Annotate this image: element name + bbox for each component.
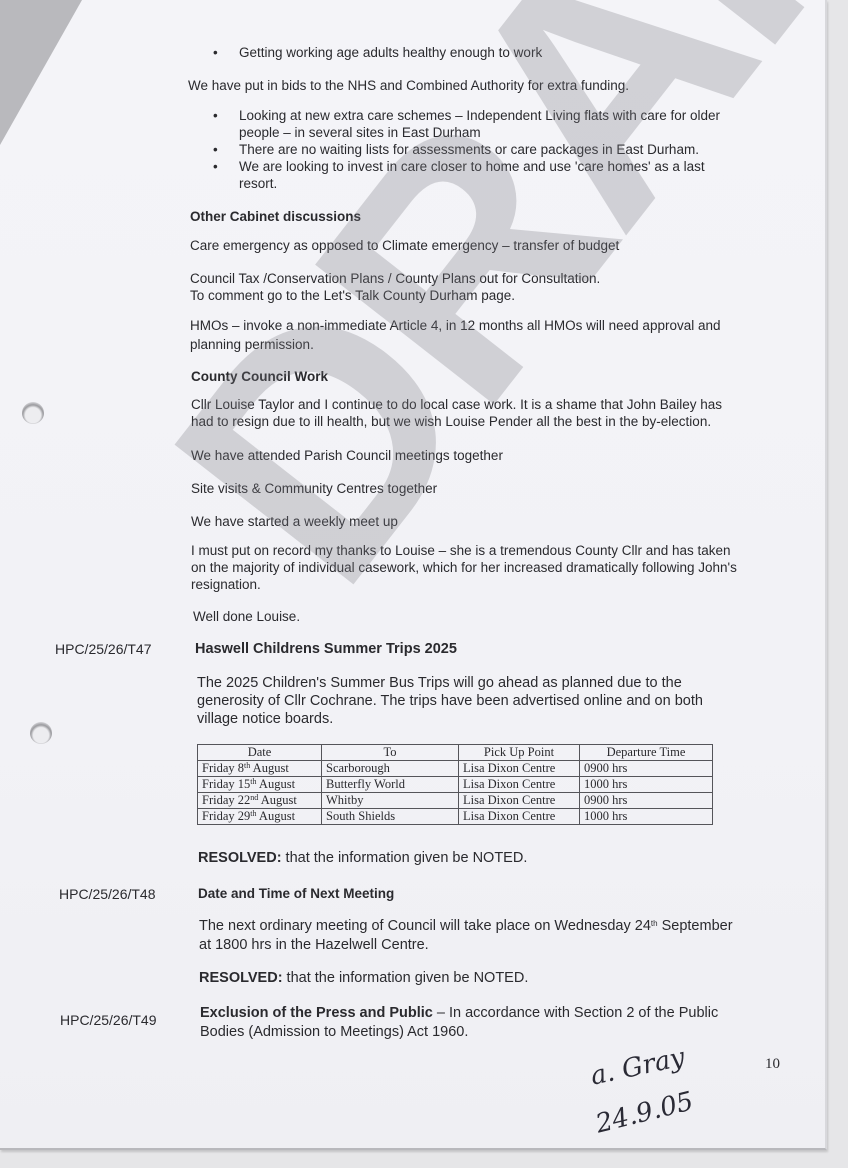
paragraph: Cllr Louise Taylor and I continue to do …	[191, 396, 722, 413]
table-row: Friday 15th AugustButterfly WorldLisa Di…	[198, 777, 713, 793]
cell-destination: Butterfly World	[322, 777, 459, 793]
section-heading: Other Cabinet discussions	[190, 208, 361, 225]
resolved-text: that the information given be NOTED.	[282, 850, 528, 866]
page-number: 10	[765, 1056, 780, 1073]
cell-pickup: Lisa Dixon Centre	[459, 761, 580, 777]
table-row: Friday 22nd AugustWhitbyLisa Dixon Centr…	[198, 793, 713, 809]
cell-time: 0900 hrs	[580, 793, 713, 809]
item-title: Date and Time of Next Meeting	[198, 885, 394, 902]
paragraph: Well done Louise.	[193, 608, 300, 625]
cell-destination: Whitby	[322, 793, 459, 809]
document-page: Getting working age adults healthy enoug…	[0, 0, 827, 1150]
col-header: Pick Up Point	[459, 745, 580, 761]
bullet-item-cont: people – in several sites in East Durham	[239, 124, 481, 141]
bullet-item: Getting working age adults healthy enoug…	[239, 44, 542, 61]
paragraph: HMOs – invoke a non-immediate Article 4,…	[190, 317, 721, 334]
item-title: Haswell Childrens Summer Trips 2025	[195, 640, 457, 658]
minute-ref: HPC/25/26/T47	[55, 641, 152, 657]
paragraph: The next ordinary meeting of Council wil…	[199, 917, 733, 935]
paragraph: Care emergency as opposed to Climate eme…	[190, 237, 619, 254]
paragraph: Bodies (Admission to Meetings) Act 1960.	[200, 1023, 468, 1041]
paragraph: on the majority of individual casework, …	[191, 559, 737, 576]
trips-table: Date To Pick Up Point Departure Time Fri…	[197, 744, 713, 825]
col-header: To	[322, 745, 459, 761]
handwritten-signature: a. Gray	[588, 1042, 688, 1091]
cell-time: 1000 hrs	[580, 777, 713, 793]
handwritten-date: 24.9.05	[593, 1086, 697, 1139]
minute-ref: HPC/25/26/T49	[60, 1012, 157, 1028]
paragraph: Council Tax /Conservation Plans / County…	[190, 270, 600, 287]
resolution: RESOLVED: that the information given be …	[199, 969, 528, 987]
paragraph: We have put in bids to the NHS and Combi…	[188, 77, 629, 94]
bullet-item: Looking at new extra care schemes – Inde…	[239, 107, 720, 124]
cell-time: 0900 hrs	[580, 761, 713, 777]
paragraph: Site visits & Community Centres together	[191, 480, 437, 497]
folded-corner	[0, 0, 82, 145]
punch-hole	[22, 402, 44, 424]
resolved-label: RESOLVED:	[199, 970, 283, 986]
cell-date: Friday 29th August	[198, 809, 322, 825]
bullet-item: We are looking to invest in care closer …	[239, 158, 705, 175]
cell-pickup: Lisa Dixon Centre	[459, 793, 580, 809]
cell-destination: South Shields	[322, 809, 459, 825]
resolved-label: RESOLVED:	[198, 850, 282, 866]
resolved-text: that the information given be NOTED.	[283, 970, 529, 986]
cell-pickup: Lisa Dixon Centre	[459, 809, 580, 825]
table-row: Friday 29th AugustSouth ShieldsLisa Dixo…	[198, 809, 713, 825]
paragraph: To comment go to the Let's Talk County D…	[190, 287, 515, 304]
cell-date: Friday 22nd August	[198, 793, 322, 809]
resolution: RESOLVED: that the information given be …	[198, 849, 527, 867]
paragraph: resignation.	[191, 576, 261, 593]
cell-time: 1000 hrs	[580, 809, 713, 825]
paragraph: generosity of Cllr Cochrane. The trips h…	[197, 692, 703, 710]
section-heading: County Council Work	[191, 368, 328, 385]
col-header: Departure Time	[580, 745, 713, 761]
paragraph: had to resign due to ill health, but we …	[191, 413, 711, 430]
cell-date: Friday 15th August	[198, 777, 322, 793]
cell-pickup: Lisa Dixon Centre	[459, 777, 580, 793]
paragraph: I must put on record my thanks to Louise…	[191, 542, 731, 559]
paragraph: planning permission.	[190, 336, 314, 353]
cell-destination: Scarborough	[322, 761, 459, 777]
paragraph: The 2025 Children's Summer Bus Trips wil…	[197, 674, 682, 692]
punch-hole	[30, 722, 52, 744]
cell-date: Friday 8th August	[198, 761, 322, 777]
col-header: Date	[198, 745, 322, 761]
paragraph: at 1800 hrs in the Hazelwell Centre.	[199, 936, 429, 954]
paragraph: Exclusion of the Press and Public – In a…	[200, 1004, 718, 1022]
table-row: Friday 8th AugustScarboroughLisa Dixon C…	[198, 761, 713, 777]
paragraph: We have attended Parish Council meetings…	[191, 447, 503, 464]
bullet-item: There are no waiting lists for assessmen…	[239, 141, 699, 158]
bullet-item-cont: resort.	[239, 175, 277, 192]
minute-ref: HPC/25/26/T48	[59, 886, 156, 902]
paragraph: village notice boards.	[197, 710, 333, 728]
item-title: Exclusion of the Press and Public	[200, 1005, 433, 1021]
paragraph: We have started a weekly meet up	[191, 513, 398, 530]
